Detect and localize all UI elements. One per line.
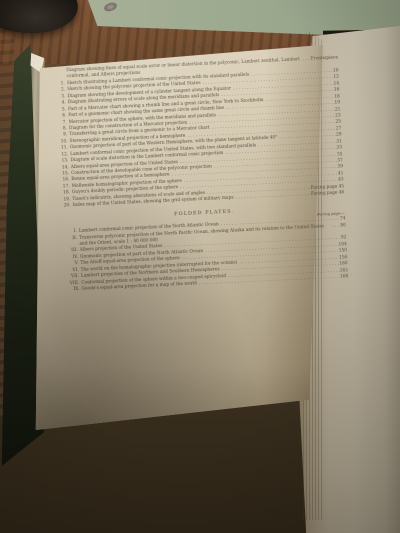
page-number: 8 [64,54,67,60]
dot-leader: ........................................… [300,57,310,64]
entry-number: II. [61,235,79,242]
entry-number: 20. [60,203,73,210]
illustrations-title: ILLUSTRATIONS. [50,38,342,58]
entry-page-ref: 80 [340,223,346,230]
entry-number [53,71,66,72]
entry-page-ref: Frontispiece [311,55,339,63]
page-text-block: 8 ILLUSTRATIONS. Diagram showing lines o… [50,30,353,294]
entry-number: IX. [63,287,81,294]
dot-leader: ........................................… [330,223,340,230]
entry-page-ref: Facing page 46 [311,190,345,198]
figures-list: Diagram showing lines of equal scale err… [51,55,349,210]
plates-list: I.Lambert conformal conic projection of … [59,216,354,294]
entry-page-ref: 168 [340,274,348,281]
photo-of-open-book: 8 ILLUSTRATIONS. Diagram showing lines o… [0,0,400,533]
